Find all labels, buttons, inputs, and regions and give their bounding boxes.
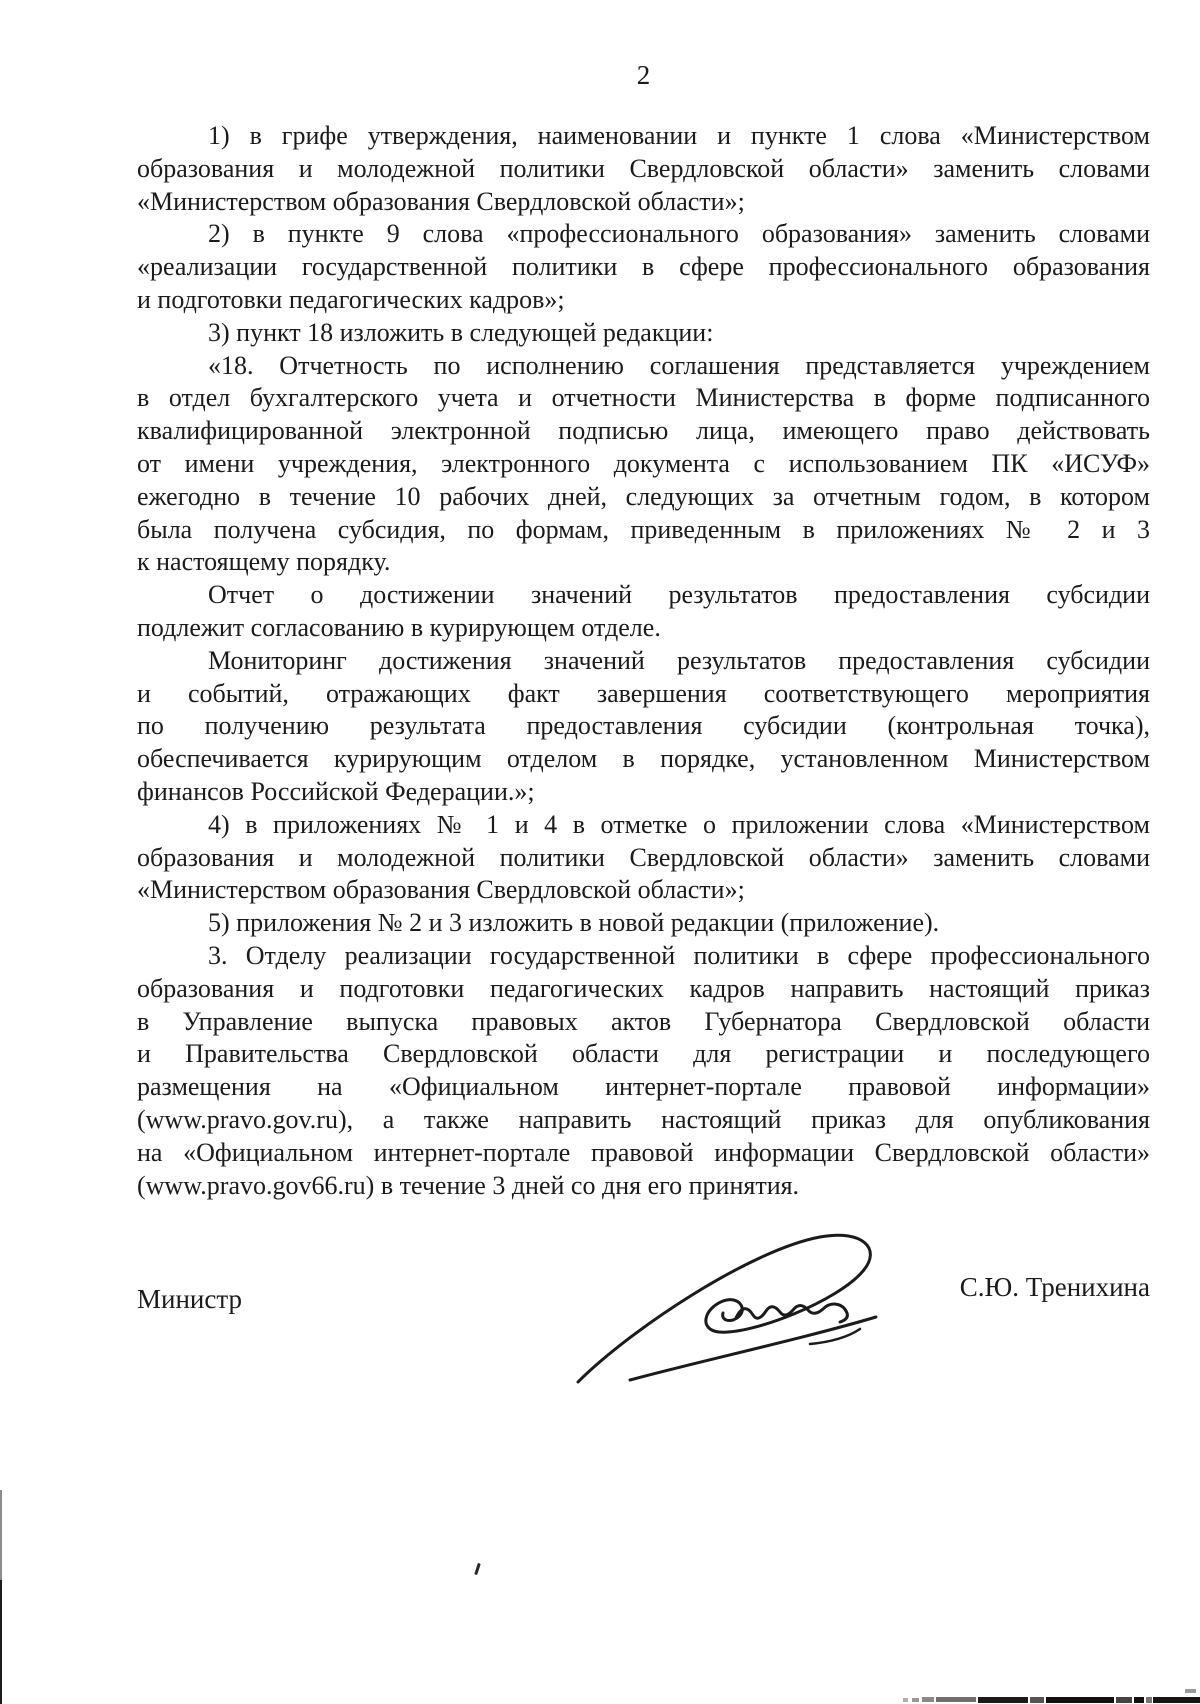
page-number: 2 [137, 60, 1150, 91]
barcode-segment [1030, 1697, 1044, 1703]
signer-title: Министр [137, 1284, 242, 1315]
scan-speck-mark [474, 1563, 481, 1575]
text-line: Отчет о достижении значений результатов … [137, 579, 1150, 612]
text-line: от имени учреждения, электронного докуме… [137, 448, 1150, 481]
text-line: в Управление выпуска правовых актов Губе… [137, 1006, 1150, 1039]
text-line: была получена субсидия, по формам, приве… [137, 514, 1150, 547]
barcode-segment [1185, 1689, 1196, 1693]
barcode-segment [1146, 1697, 1152, 1703]
left-edge-scan-line-segment [0, 1490, 2, 1580]
signature-scribble-icon [570, 1222, 910, 1392]
text-line: ежегодно в течение 10 рабочих дней, след… [137, 481, 1150, 514]
text-line: финансов Российской Федерации.»; [137, 776, 1150, 809]
text-line: по получению результата предоставления с… [137, 710, 1150, 743]
barcode-segment [912, 1698, 919, 1702]
text-line: 3) пункт 18 изложить в следующей редакци… [137, 317, 1150, 350]
barcode-segment [1046, 1697, 1114, 1703]
text-line: «Министерством образования Свердловской … [137, 874, 1150, 907]
barcode-segment [903, 1698, 908, 1702]
text-line: образования и молодежной политики Свердл… [137, 842, 1150, 875]
text-line: (www.pravo.gov66.ru) в течение 3 дней со… [137, 1170, 1150, 1203]
signer-name: С.Ю. Тренихина [950, 1272, 1150, 1303]
text-line: подлежит согласованию в курирующем отдел… [137, 612, 1150, 645]
barcode-segment [936, 1697, 976, 1702]
text-line: образования и молодежной политики Свердл… [137, 153, 1150, 186]
text-line: квалифицированной электронной подписью л… [137, 415, 1150, 448]
text-line: 3. Отделу реализации государственной пол… [137, 940, 1150, 973]
barcode-segment [1116, 1697, 1132, 1703]
barcode-segment [1134, 1697, 1144, 1703]
text-line: (www.pravo.gov.ru), а также направить на… [137, 1104, 1150, 1137]
text-line: и событий, отражающих факт завершения со… [137, 678, 1150, 711]
left-edge-scan-line-segment [0, 1580, 2, 1704]
text-line: 1) в грифе утверждения, наименовании и п… [137, 120, 1150, 153]
text-line: «18. Отчетность по исполнению соглашения… [137, 350, 1150, 383]
text-line: и Правительства Свердловской области для… [137, 1038, 1150, 1071]
text-line: на «Официальном интернет-портале правово… [137, 1137, 1150, 1170]
text-line: «реализации государственной политики в с… [137, 251, 1150, 284]
barcode-segment [978, 1697, 1028, 1703]
text-line: образования и подготовки педагогических … [137, 973, 1150, 1006]
text-line: 5) приложения № 2 и 3 изложить в новой р… [137, 907, 1150, 940]
text-line: в отдел бухгалтерского учета и отчетност… [137, 382, 1150, 415]
text-line: «Министерством образования Свердловской … [137, 186, 1150, 219]
text-line: размещения на «Официальном интернет-порт… [137, 1071, 1150, 1104]
text-line: обеспечивается курирующим отделом в поря… [137, 743, 1150, 776]
text-line: Мониторинг достижения значений результат… [137, 645, 1150, 678]
text-line: 2) в пункте 9 слова «профессионального о… [137, 218, 1150, 251]
text-line: 4) в приложениях № 1 и 4 в отметке о при… [137, 809, 1150, 842]
document-body: 1) в грифе утверждения, наименовании и п… [137, 120, 1150, 1202]
barcode-segment [922, 1697, 934, 1702]
barcode-segment [1153, 1697, 1200, 1703]
text-line: и подготовки педагогических кадров»; [137, 284, 1150, 317]
text-line: к настоящему порядку. [137, 546, 1150, 579]
